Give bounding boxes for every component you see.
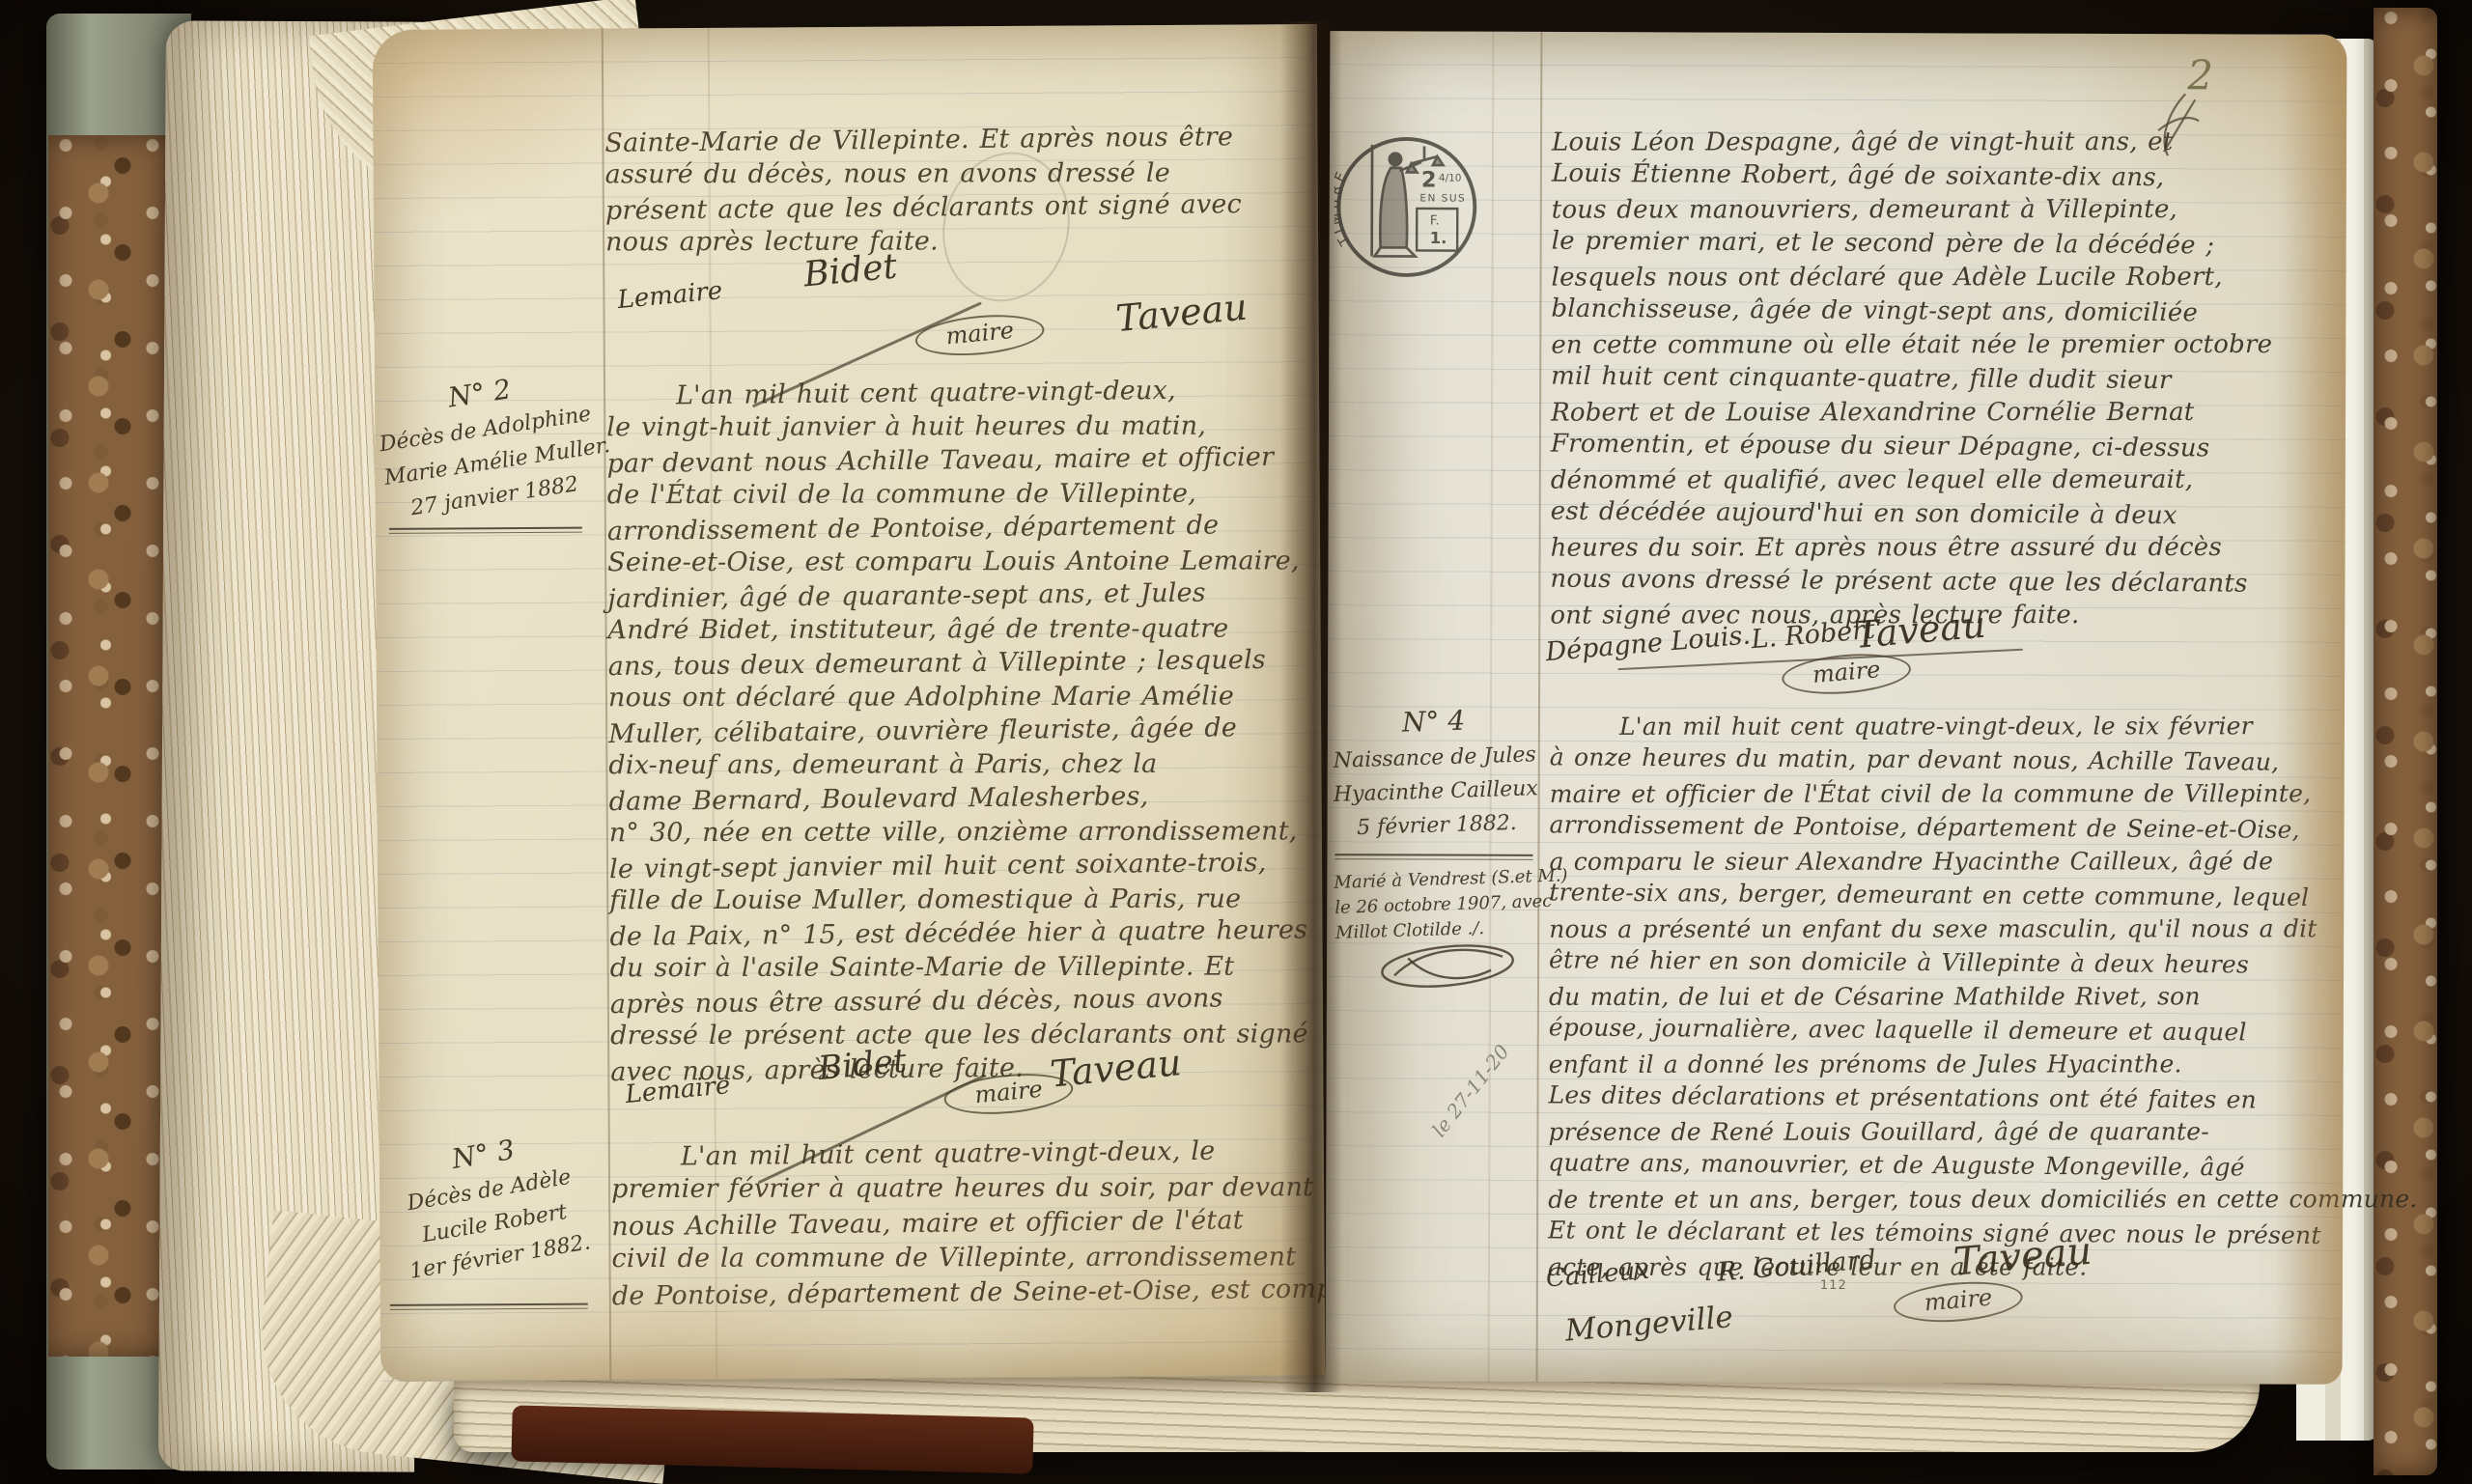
manuscript-line: être né hier en son domicile à Villepint… xyxy=(1549,942,2418,982)
stamp-currency: F. xyxy=(1430,213,1440,229)
manuscript-line: enfant il a donné les prénoms de Jules H… xyxy=(1549,1047,2418,1081)
act4-signature-mongeville: Mongeville xyxy=(1564,1300,1735,1348)
act4-margin-rule xyxy=(1334,854,1532,860)
marginal-signature-flourish-icon xyxy=(1375,937,1520,995)
act2-body-text: L'an mil huit cent quatre-vingt-deux,le … xyxy=(606,374,1308,1087)
manuscript-line: trente-six ans, berger, demeurant en cet… xyxy=(1549,875,2418,914)
manuscript-line: dame Bernard, Boulevard Malesherbes, xyxy=(608,778,1306,820)
manuscript-line: L'an mil huit cent quatre-vingt-deux, le xyxy=(611,1133,1378,1175)
manuscript-line: Muller, célibataire, ouvrière fleuriste,… xyxy=(608,711,1306,752)
manuscript-line: présence de René Louis Gouillard, âgé de… xyxy=(1548,1114,2417,1149)
register-book-photo: Sainte-Marie de Villepinte. Et après nou… xyxy=(0,0,2472,1484)
manuscript-line: L'an mil huit cent quatre-vingt-deux, xyxy=(606,373,1305,414)
act4-marriage-mention-lines: Marié à Vendrest (S.et M.)le 26 octobre … xyxy=(1334,864,1548,946)
signature-taveau: Taveau xyxy=(1114,286,1250,341)
stamp-rate-fraction: 4/10 xyxy=(1439,173,1462,184)
act2-signature-bidet: Bidet xyxy=(817,1042,909,1088)
act4-body-text: L'an mil huit cent quatre-vingt-deux, le… xyxy=(1548,708,2419,1285)
left-page: Sainte-Marie de Villepinte. Et après nou… xyxy=(373,24,1326,1382)
book-gutter xyxy=(1280,21,1342,1392)
manuscript-line: par devant nous Achille Taveau, maire et… xyxy=(606,440,1305,482)
manuscript-line: Robert et de Louise Alexandrine Cornélie… xyxy=(1551,396,2272,431)
manuscript-line: quatre ans, manouvrier, et de Auguste Mo… xyxy=(1548,1145,2417,1185)
manuscript-line: premier février à quatre heures du soir,… xyxy=(611,1170,1378,1207)
act3-body-start-text: L'an mil huit cent quatre-vingt-deux, le… xyxy=(611,1134,1379,1313)
stamp-rate-big: 2 xyxy=(1421,167,1437,192)
manuscript-line: arrondissement de Pontoise, département … xyxy=(607,508,1306,549)
manuscript-line: présent acte que les déclarants ont sign… xyxy=(605,187,1242,228)
manuscript-line: en cette commune où elle était née le pr… xyxy=(1551,328,2272,363)
manuscript-line: le vingt-sept janvier mil huit cent soix… xyxy=(609,846,1307,887)
act2-margin-rule xyxy=(389,527,582,534)
act4-number: N° 4 xyxy=(1330,702,1538,741)
manuscript-line: assuré du décès, nous en avons dressé le xyxy=(605,156,1242,192)
manuscript-line: a comparu le sieur Alexandre Hyacinthe C… xyxy=(1549,844,2418,879)
signature-bidet: Bidet xyxy=(802,247,899,295)
manuscript-line: épouse, journalière, avec laquelle il de… xyxy=(1549,1010,2418,1050)
manuscript-line: ans, tous deux demeurant à Villepinte ; … xyxy=(608,643,1306,685)
act3-maire-oval: maire xyxy=(1781,649,1913,698)
manuscript-line: fille de Louise Muller, domestique à Par… xyxy=(609,882,1307,917)
manuscript-line: Sainte-Marie de Villepinte. Et après nou… xyxy=(604,120,1241,160)
manuscript-line: le premier mari, et le second père de la… xyxy=(1552,225,2273,264)
act4-margin-note: N° 4 Naissance de JulesHyacinthe Cailleu… xyxy=(1330,702,1541,846)
manuscript-line: du matin, de lui et de Césarine Mathilde… xyxy=(1549,979,2418,1014)
act4-margin-lines: Naissance de JulesHyacinthe Cailleux5 fé… xyxy=(1331,738,1541,846)
manuscript-line: de la Paix, n° 15, est décédée hier à qu… xyxy=(609,913,1307,955)
manuscript-line: le vingt-huit janvier à huit heures du m… xyxy=(606,408,1305,444)
act4-marriage-mention: Marié à Vendrest (S.et M.)le 26 octobre … xyxy=(1326,864,1548,946)
manuscript-line: nous avons dressé le présent acte que le… xyxy=(1550,563,2271,602)
act3-margin-rule xyxy=(390,1303,588,1310)
manuscript-line: après nous être assuré du décès, nous av… xyxy=(610,981,1308,1022)
manuscript-line: heures du soir. Et après nous être assur… xyxy=(1551,531,2272,566)
manuscript-line: de trente et un ans, berger, tous deux d… xyxy=(1548,1182,2417,1217)
manuscript-line: L'an mil huit cent quatre-vingt-deux, le… xyxy=(1550,709,2419,743)
manuscript-line: dénommé et qualifié, avec lequel elle de… xyxy=(1551,463,2272,498)
act3-continuation-text: Louis Léon Despagne, âgé de vingt-huit a… xyxy=(1550,125,2273,634)
maire-title-oval: maire xyxy=(913,310,1047,360)
manuscript-line: blanchisseuse, âgée de vingt-sept ans, d… xyxy=(1551,293,2272,331)
manuscript-line: dressé le présent acte que les déclarant… xyxy=(610,1017,1308,1052)
act4-maire-oval: maire xyxy=(1892,1277,2024,1327)
stamp-denomination: 1. xyxy=(1430,229,1447,247)
manuscript-line: maire et officier de l'État civil de la … xyxy=(1550,776,2419,811)
act1-continuation-text: Sainte-Marie de Villepinte. Et après nou… xyxy=(604,122,1242,261)
manuscript-line: nous ont déclaré que Adolphine Marie Amé… xyxy=(608,679,1306,714)
pencil-note: le 27-11-20 xyxy=(1427,1040,1514,1141)
act3-margin-note: N° 3 Décès de AdèleLucile Robert1er févr… xyxy=(376,1121,607,1291)
manuscript-line: de l'État civil de la commune de Villepi… xyxy=(607,476,1306,512)
manuscript-line: de Pontoise, département de Seine-et-Ois… xyxy=(612,1272,1379,1314)
manuscript-line: n° 30, née en cette ville, onzième arron… xyxy=(609,814,1307,850)
fiscal-timbre-stamp: TIMBRE 2 4/10 EN SUS F. 1. xyxy=(1334,131,1480,283)
manuscript-line: arrondissement de Pontoise, département … xyxy=(1549,807,2418,847)
manuscript-line: Louis Étienne Robert, âgé de soixante-di… xyxy=(1552,157,2273,196)
manuscript-line: nous a présenté un enfant du sexe mascul… xyxy=(1549,911,2418,946)
manuscript-line: mil huit cent cinquante-quatre, fille du… xyxy=(1551,360,2272,399)
manuscript-line: du soir à l'asile Sainte-Marie de Villep… xyxy=(610,949,1308,985)
manuscript-line: lesquels nous ont déclaré que Adèle Luci… xyxy=(1552,261,2273,295)
manuscript-line: nous Achille Taveau, maire et officier d… xyxy=(611,1202,1378,1245)
printer-sheet-mark: 112 xyxy=(1820,1278,1847,1293)
manuscript-line: 5 février 1882. xyxy=(1333,805,1541,846)
manuscript-line: Les dites déclarations et présentations … xyxy=(1548,1078,2417,1117)
manuscript-line: Seine-et-Oise, est comparu Louis Antoine… xyxy=(607,544,1306,579)
timbre-stamp-graphic: TIMBRE 2 4/10 EN SUS F. 1. xyxy=(1334,131,1480,283)
manuscript-line: André Bidet, instituteur, âgé de trente-… xyxy=(607,611,1306,647)
manuscript-line: jardinier, âgé de quarante-sept ans, et … xyxy=(607,575,1306,617)
manuscript-line: tous deux manouvriers, demeurant à Ville… xyxy=(1552,193,2273,228)
manuscript-line: est décédée aujourd'hui en son domicile … xyxy=(1551,495,2272,534)
manuscript-line: à onze heures du matin, par devant nous,… xyxy=(1550,740,2419,779)
right-page: TIMBRE 2 4/10 EN SUS F. 1. 2 Louis Léon … xyxy=(1326,31,2347,1385)
signature-lemaire: Lemaire xyxy=(616,276,723,315)
act2-margin-note: N° 2 Décès de AdolphineMarie Amélie Mull… xyxy=(372,362,602,528)
manuscript-line: Louis Léon Despagne, âgé de vingt-huit a… xyxy=(1552,126,2273,160)
manuscript-line: dix-neuf ans, demeurant à Paris, chez la xyxy=(608,746,1306,782)
manuscript-line: nous après lecture faite. xyxy=(605,224,1242,260)
manuscript-line: civil de la commune de Villepinte, arron… xyxy=(611,1240,1378,1276)
manuscript-line: Fromentin, et épouse du sieur Dépagne, c… xyxy=(1551,428,2272,466)
stamp-surcharge: EN SUS xyxy=(1419,192,1466,204)
